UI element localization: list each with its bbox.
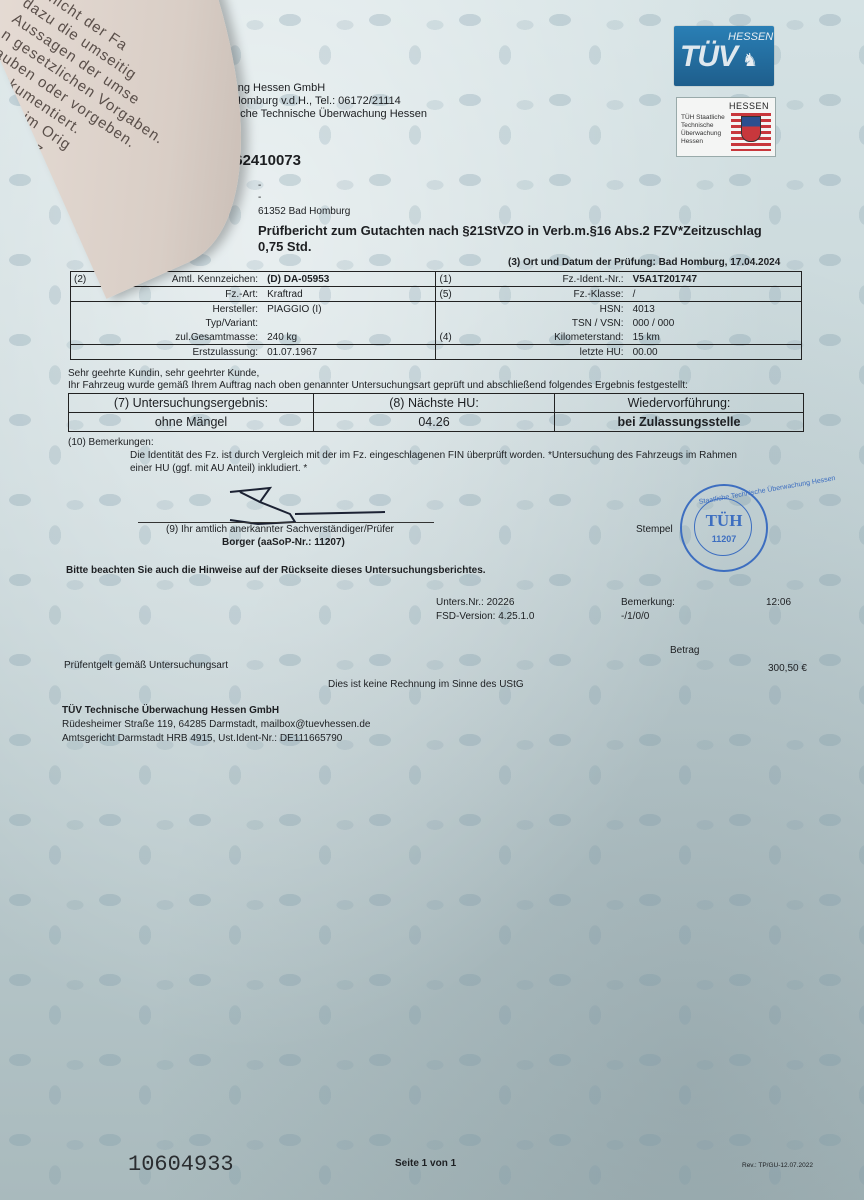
vehicle-left-label: Typ/Variant: [100, 316, 264, 330]
vehicle-table-row: Hersteller:PIAGGIO (I)HSN:4013 [71, 302, 802, 317]
tuh-logo: HESSEN TÜH Staatliche Technische Überwac… [676, 97, 776, 157]
signature-name: Borger (aaSoP-Nr.: 11207) [222, 537, 345, 548]
remarks-line-2: einer HU (ggf. mit AU Anteil) inkludiert… [130, 463, 307, 474]
document-serial-number: 10604933 [128, 1152, 234, 1177]
remarks-line-1: Die Identität des Fz. ist durch Vergleic… [130, 450, 737, 461]
form-revision: Rev.: TP/GU-12.07.2022 [742, 1162, 813, 1169]
vehicle-table-row: Fz.-Art:Kraftrad(5)Fz.-Klasse:/ [71, 287, 802, 302]
vehicle-left-num [71, 316, 100, 330]
vehicle-right-value: 00.00 [630, 345, 802, 360]
stamp-center-text: TÜH [682, 511, 766, 531]
company-address: Rüdesheimer Straße 119, 64285 Darmstadt,… [62, 719, 370, 730]
vehicle-left-value [264, 316, 436, 330]
curled-page-text: al nicht der Fadazu die umseitigAussagen… [0, 0, 239, 254]
vehicle-right-label: Fz.-Ident.-Nr.: [465, 272, 629, 287]
result-reinspection: bei Zulassungsstelle [555, 413, 804, 432]
result-next-hu: 04.26 [314, 413, 555, 432]
salutation-line-2: Ihr Fahrzeug wurde gemäß Ihrem Auftrag n… [68, 380, 688, 391]
vehicle-left-num [71, 287, 100, 302]
stamp-ring-text: Staatliche Technische Überwachung Hessen [698, 475, 836, 506]
result-outcome: ohne Mängel [69, 413, 314, 432]
tuv-logo-text: TÜV [680, 40, 737, 74]
vehicle-right-num [436, 345, 465, 360]
signature-caption: (9) Ihr amtlich anerkannter Sachverständ… [166, 524, 394, 535]
vehicle-right-num [436, 316, 465, 330]
signature-line [138, 522, 434, 523]
vehicle-right-num: (1) [436, 272, 465, 287]
stamp-label: Stempel [636, 524, 673, 535]
stamp-number: 11207 [682, 534, 766, 544]
vehicle-left-num [71, 330, 100, 345]
document-page: TÜV HESSEN ♞ HESSEN TÜH Staatliche Techn… [0, 0, 864, 1200]
vehicle-left-label: Hersteller: [100, 302, 264, 317]
vehicle-table-row: (2)Amtl. Kennzeichen:(D) DA-05953(1)Fz.-… [71, 272, 802, 287]
vehicle-left-num [71, 345, 100, 360]
no-invoice-note: Dies ist keine Rechnung im Sinne des USt… [328, 679, 524, 690]
fee-item-label: Prüfentgelt gemäß Untersuchungsart [64, 660, 228, 671]
vehicle-right-value: 15 km [630, 330, 802, 345]
vehicle-right-num: (4) [436, 330, 465, 345]
vehicle-right-label: letzte HU: [465, 345, 629, 360]
vehicle-left-value: Kraftrad [264, 287, 436, 302]
time: 12:06 [766, 597, 791, 608]
vehicle-left-value: 01.07.1967 [264, 345, 436, 360]
vehicle-table-row: Erstzulassung:01.07.1967letzte HU:00.00 [71, 345, 802, 360]
unters-nr: Unters.Nr.: 20226 [436, 597, 514, 608]
vehicle-left-value: 240 kg [264, 330, 436, 345]
company-register: Amtsgericht Darmstadt HRB 4915, Ust.Iden… [62, 733, 342, 744]
vehicle-right-value: 4013 [630, 302, 802, 317]
result-header-outcome: (7) Untersuchungsergebnis: [69, 394, 314, 413]
amount-label: Betrag [670, 645, 699, 656]
vehicle-data-table: (2)Amtl. Kennzeichen:(D) DA-05953(1)Fz.-… [70, 271, 802, 360]
fee-amount: 300,50 € [768, 663, 807, 674]
curled-page-corner: al nicht der Fadazu die umseitigAussagen… [0, 0, 317, 299]
hessen-coat-of-arms-icon [741, 116, 761, 142]
customer-line-2: - [258, 192, 261, 203]
lion-icon: ♞ [742, 50, 758, 71]
vehicle-right-value: / [630, 287, 802, 302]
fsd-version: FSD-Version: 4.25.1.0 [436, 611, 534, 622]
bemerkung-label: Bemerkung: [621, 597, 675, 608]
page-indicator: Seite 1 von 1 [395, 1158, 456, 1169]
bemerkung-value: -/1/0/0 [621, 611, 649, 622]
salutation-line-1: Sehr geehrte Kundin, sehr geehrter Kunde… [68, 368, 259, 379]
vehicle-right-value: V5A1T201747 [630, 272, 802, 287]
vehicle-right-num [436, 302, 465, 317]
vehicle-right-label: TSN / VSN: [465, 316, 629, 330]
tuh-logo-hessen: HESSEN [729, 101, 769, 111]
vehicle-right-label: HSN: [465, 302, 629, 317]
result-table: (7) Untersuchungsergebnis: (8) Nächste H… [68, 393, 804, 432]
result-header-reinspection: Wiedervorführung: [555, 394, 804, 413]
vehicle-table-row: Typ/Variant:TSN / VSN:000 / 000 [71, 316, 802, 330]
signature-scribble [200, 484, 390, 526]
inspection-type-line-1: Prüfbericht zum Gutachten nach §21StVZO … [258, 223, 762, 238]
vehicle-table-row: zul.Gesamtmasse:240 kg(4)Kilometerstand:… [71, 330, 802, 345]
customer-line-1: - [258, 180, 261, 191]
vehicle-left-label: Erstzulassung: [100, 345, 264, 360]
result-header-next-hu: (8) Nächste HU: [314, 394, 555, 413]
company-name: TÜV Technische Überwachung Hessen GmbH [62, 705, 279, 716]
vehicle-left-num [71, 302, 100, 317]
tuh-logo-text: TÜH Staatliche Technische Überwachung He… [681, 114, 725, 146]
vehicle-left-label: zul.Gesamtmasse: [100, 330, 264, 345]
inspection-type-line-2: 0,75 Std. [258, 239, 311, 254]
vehicle-right-num: (5) [436, 287, 465, 302]
vehicle-left-value: PIAGGIO (I) [264, 302, 436, 317]
official-stamp: Staatliche Technische Überwachung Hessen… [680, 484, 768, 572]
customer-city: 61352 Bad Homburg [258, 206, 350, 217]
tuv-logo-hessen: HESSEN [728, 31, 773, 43]
inspection-place-date: (3) Ort und Datum der Prüfung: Bad Hombu… [508, 257, 780, 268]
vehicle-right-label: Kilometerstand: [465, 330, 629, 345]
vehicle-left-value: (D) DA-05953 [264, 272, 436, 287]
reverse-side-notice: Bitte beachten Sie auch die Hinweise auf… [66, 565, 486, 576]
tuv-hessen-logo: TÜV HESSEN ♞ [674, 26, 774, 86]
vehicle-right-value: 000 / 000 [630, 316, 802, 330]
vehicle-right-label: Fz.-Klasse: [465, 287, 629, 302]
remarks-label: (10) Bemerkungen: [68, 437, 154, 448]
